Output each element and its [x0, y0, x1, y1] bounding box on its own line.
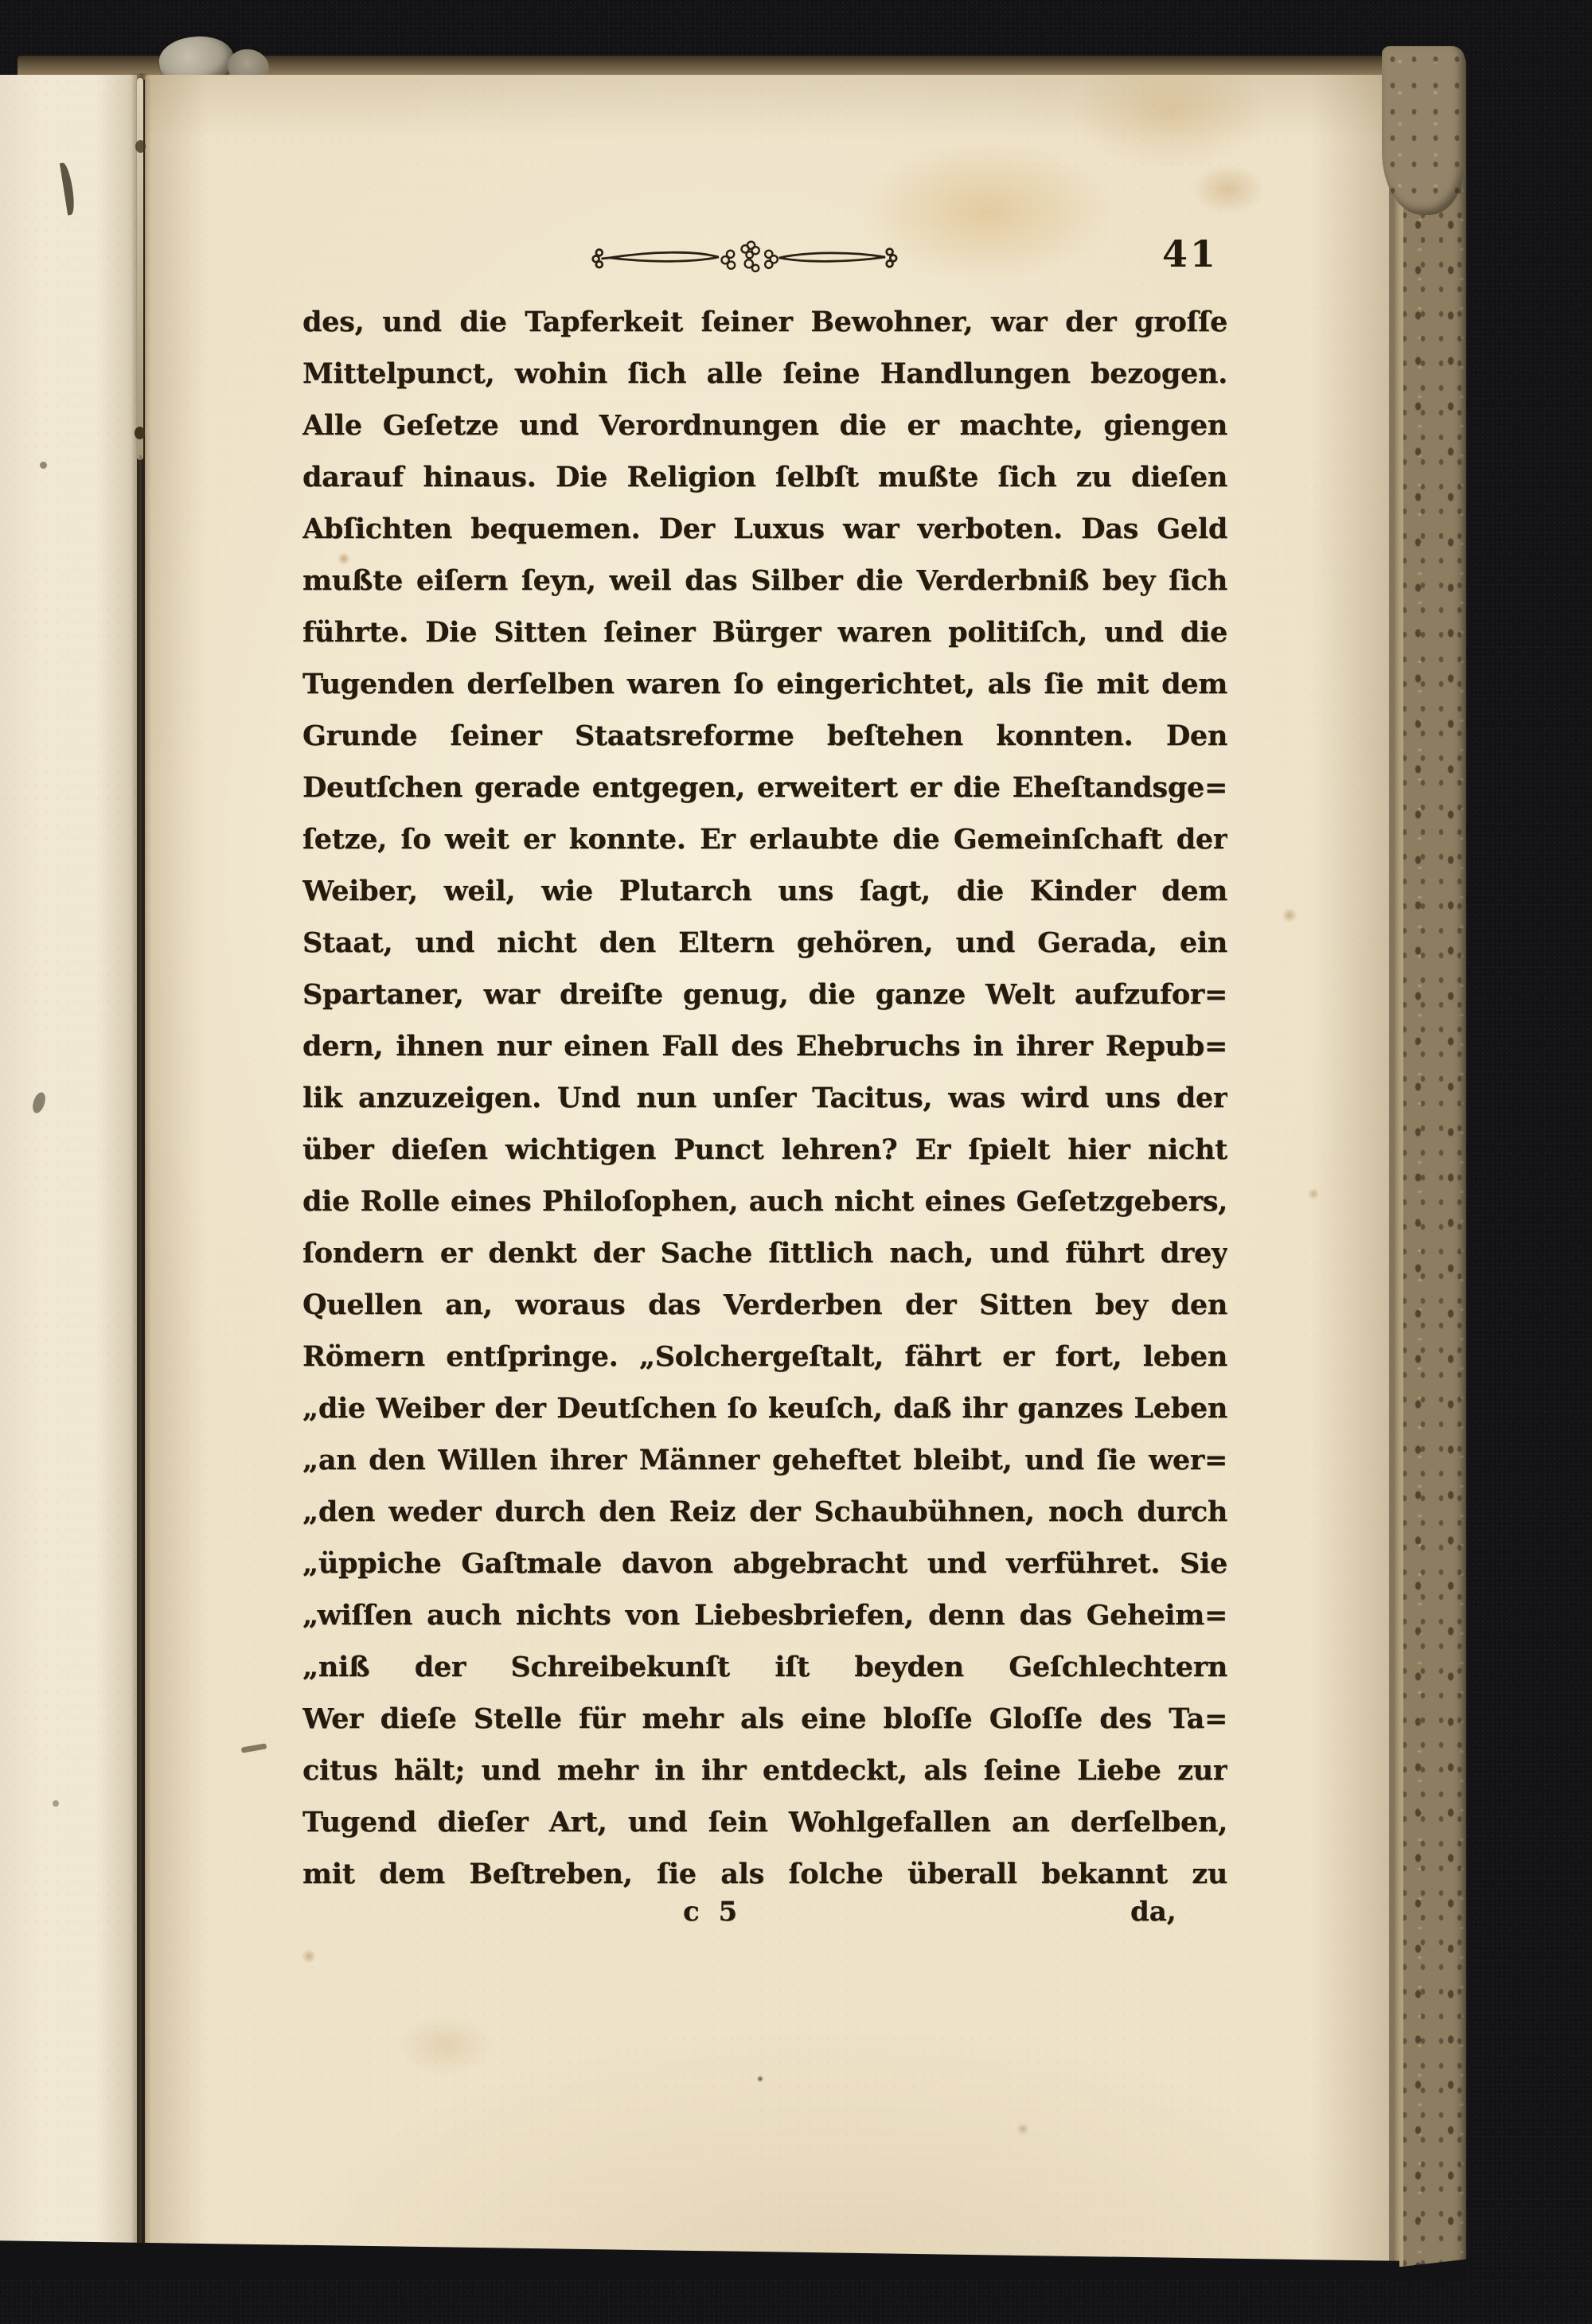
text-block: des, und die Tapferkeit ſeiner Bewohner,…	[302, 296, 1227, 1900]
text-line-20: Quellen an, woraus das Verderben der Sit…	[302, 1279, 1227, 1331]
ink-mark	[60, 162, 76, 216]
text-line-19: ſondern er denkt der Sache ſittlich nach…	[302, 1227, 1227, 1279]
text-line-15: dern, ihnen nur einen Fall des Ehebruchs…	[302, 1020, 1227, 1072]
text-line-9: Grunde ſeiner Staatsreforme beſtehen kon…	[302, 710, 1227, 762]
text-line-2: Mittelpunct, wohin ſich alle ſeine Handl…	[302, 348, 1227, 400]
text-line-22: „die Weiber der Deutſchen ſo keuſch, daß…	[302, 1382, 1227, 1434]
ink-mark	[40, 462, 47, 469]
text-line-23: „an den Willen ihrer Männer geheftet ble…	[302, 1434, 1227, 1486]
text-line-17: über dieſen wichtigen Punct lehren? Er ſ…	[302, 1124, 1227, 1176]
text-line-25: „üppiche Gaſtmale davon abgebracht und v…	[302, 1538, 1227, 1589]
ink-mark	[53, 1800, 59, 1807]
text-line-29: citus hält; und mehr in ihr entdeckt, al…	[302, 1745, 1227, 1796]
text-line-24: „den weder durch den Reiz der Schaubühne…	[302, 1486, 1227, 1538]
book-page: 41 des, und die Tapferkeit ſeiner Bewohn…	[145, 75, 1398, 2268]
text-line-10: Deutſchen gerade entgegen, erweitert er …	[302, 762, 1227, 813]
text-line-7: führte. Die Sitten ſeiner Bürger waren p…	[302, 606, 1227, 658]
text-line-8: Tugenden derſelben waren ſo eingerichtet…	[302, 658, 1227, 710]
ink-mark	[30, 1090, 48, 1114]
catchword: da,	[1130, 1898, 1176, 1925]
page-number: 41	[1162, 232, 1258, 275]
text-line-3: Alle Geſetze und Verordnungen die er mac…	[302, 400, 1227, 451]
book-scan: 41 des, und die Tapferkeit ſeiner Bewohn…	[0, 0, 1592, 2324]
text-line-11: ſetze, ſo weit er konnte. Er erlaubte di…	[302, 813, 1227, 865]
text-line-14: Spartaner, war dreiſte genug, die ganze …	[302, 969, 1227, 1020]
facing-page-stub	[0, 75, 137, 2260]
thread-knot	[135, 427, 145, 439]
margin-pencil-mark	[241, 1743, 267, 1753]
text-line-1: des, und die Tapferkeit ſeiner Bewohner,…	[302, 296, 1227, 348]
worn-cover-corner	[1382, 46, 1465, 215]
text-line-30: Tugend dieſer Art, und ſein Wohlgefallen…	[302, 1796, 1227, 1848]
text-line-31: mit dem Beſtreben, ſie als ſolche überal…	[302, 1848, 1227, 1900]
text-line-21: Römern entſpringe. „Solchergeſtalt, fähr…	[302, 1331, 1227, 1382]
text-line-16: lik anzuzeigen. Und nun unſer Tacitus, w…	[302, 1072, 1227, 1124]
fore-edge	[1393, 51, 1466, 2270]
text-line-12: Weiber, weil, wie Plutarch uns ſagt, die…	[302, 865, 1227, 917]
text-line-28: Wer dieſe Stelle für mehr als eine bloſſ…	[302, 1693, 1227, 1745]
text-line-18: die Rolle eines Philoſophen, auch nicht …	[302, 1176, 1227, 1227]
text-line-5: Abſichten bequemen. Der Luxus war verbot…	[302, 503, 1227, 555]
binding-gutter	[131, 73, 151, 2260]
text-line-6: mußte eiſern ſeyn, weil das Silber die V…	[302, 555, 1227, 606]
text-line-26: „wiſſen auch nichts von Liebesbriefen, d…	[302, 1589, 1227, 1641]
header-ornament-icon	[591, 237, 903, 277]
text-line-13: Staat, und nicht den Eltern gehören, und…	[302, 917, 1227, 969]
text-line-27: „niß der Schreibekunſt iſt beyden Geſchl…	[302, 1641, 1227, 1693]
binding-thread	[137, 78, 143, 460]
signature-mark: c 5	[683, 1898, 742, 1925]
text-line-4: darauf hinaus. Die Religion ſelbſt mußte…	[302, 451, 1227, 503]
thread-knot	[135, 140, 146, 153]
gutter-crease	[139, 455, 142, 2246]
